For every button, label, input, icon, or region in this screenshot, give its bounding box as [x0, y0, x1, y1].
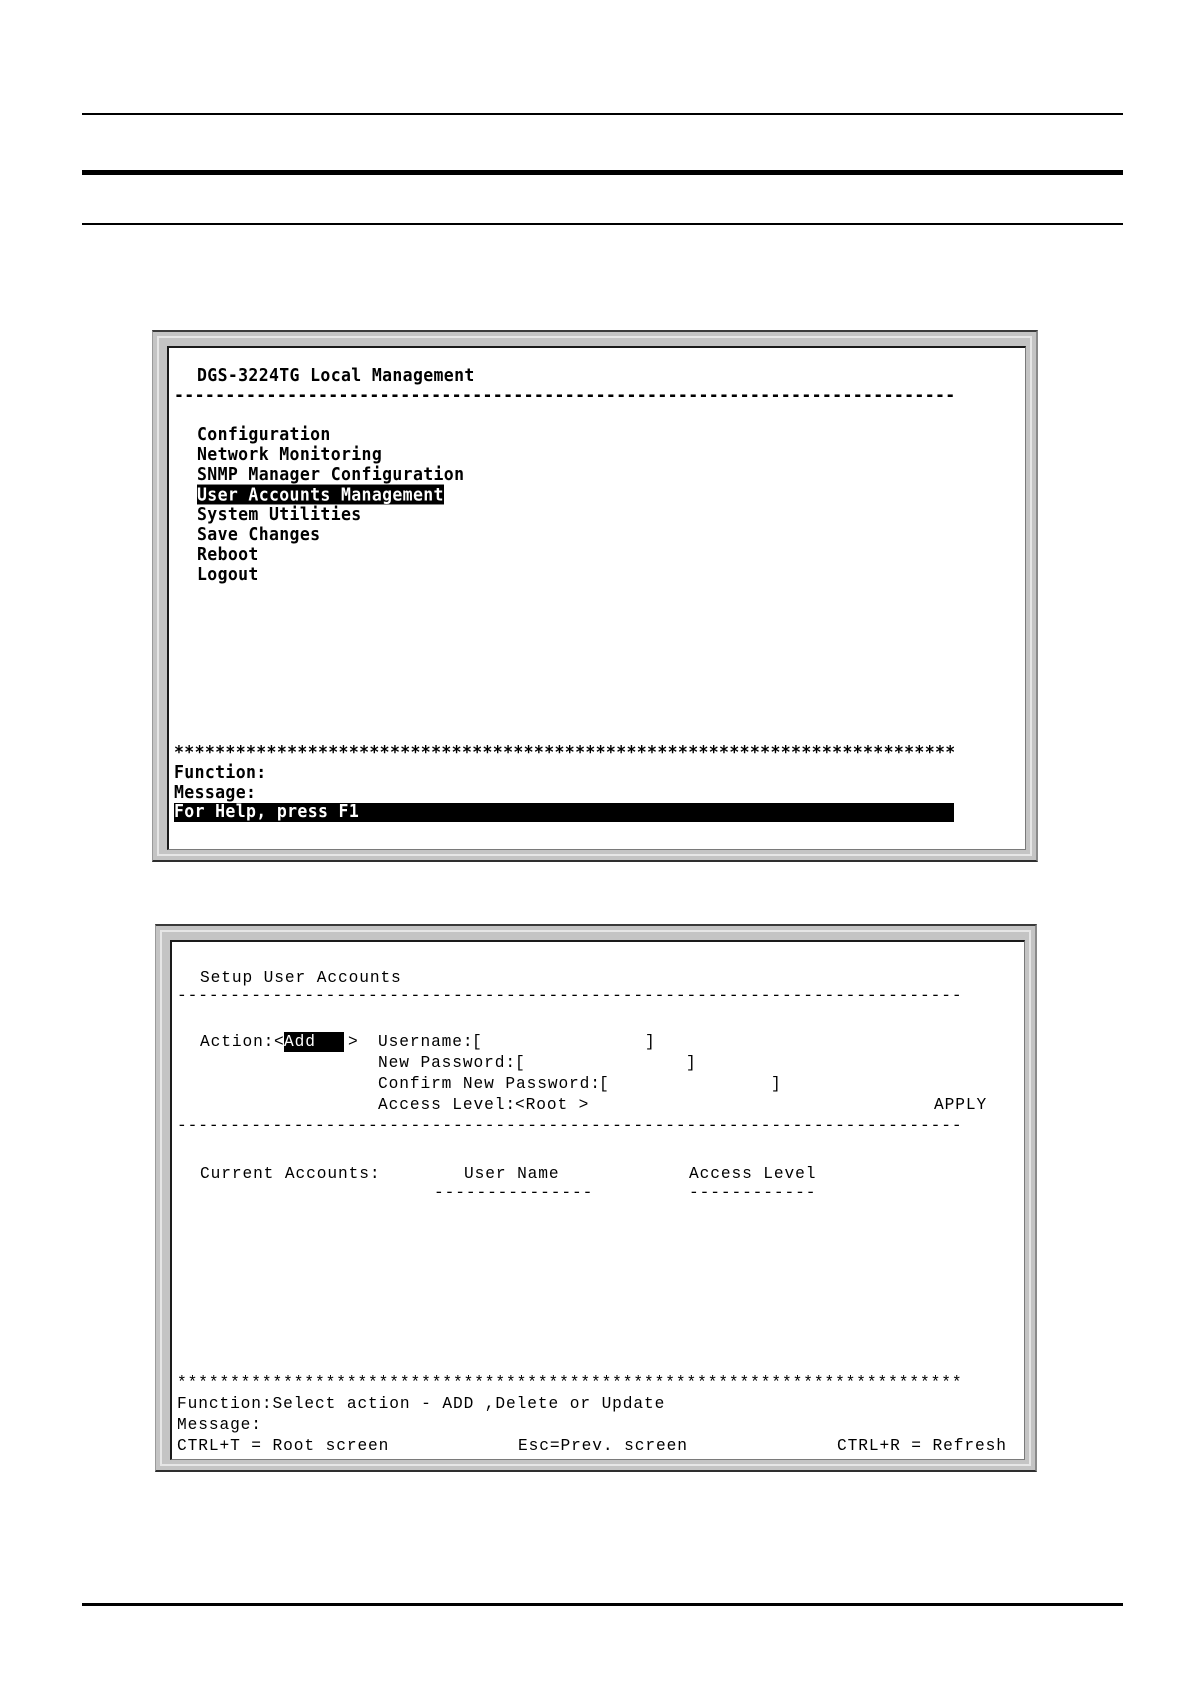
new-password-input[interactable]: [527, 1053, 687, 1073]
confirm-password-label: Confirm New Password:: [378, 1074, 601, 1094]
menu-item-user-accounts-management[interactable]: User Accounts Management: [197, 485, 444, 505]
title-separator: ----------------------------------------…: [174, 386, 954, 407]
menu-item-configuration[interactable]: Configuration: [197, 425, 331, 446]
username-input[interactable]: [484, 1032, 644, 1052]
username-bracket-open: [: [472, 1032, 483, 1052]
help-bar: For Help, press F1: [174, 803, 954, 822]
status-separator: ****************************************…: [177, 1373, 961, 1393]
new-password-label: New Password:: [378, 1053, 516, 1073]
setup-user-accounts-screenshot: Setup User Accounts --------------------…: [155, 924, 1037, 1472]
main-menu-screenshot: DGS-3224TG Local Management ------------…: [152, 330, 1038, 862]
action-select[interactable]: Add: [284, 1032, 344, 1052]
current-accounts-label: Current Accounts:: [200, 1164, 380, 1184]
action-label: Action:: [200, 1032, 274, 1052]
menu-item-reboot[interactable]: Reboot: [197, 545, 259, 566]
menu-item-snmp-manager-configuration[interactable]: SNMP Manager Configuration: [197, 465, 464, 486]
message-label: Message:: [174, 783, 256, 804]
username-label: Username:: [378, 1032, 474, 1052]
column-underline-access-level: ------------: [689, 1183, 816, 1203]
function-label: Function:: [174, 763, 267, 784]
shortcut-refresh[interactable]: CTRL+R = Refresh: [837, 1436, 1007, 1456]
confirm-password-bracket-close: ]: [771, 1074, 782, 1094]
menu-item-save-changes[interactable]: Save Changes: [197, 525, 320, 546]
column-header-user-name: User Name: [464, 1164, 560, 1184]
menu-item-network-monitoring[interactable]: Network Monitoring: [197, 445, 382, 466]
confirm-password-bracket-open: [: [599, 1074, 610, 1094]
terminal-screen-main-menu: DGS-3224TG Local Management ------------…: [167, 346, 1026, 850]
access-level-label: Access Level:: [378, 1095, 516, 1115]
header-rule-top: [82, 113, 1123, 115]
form-separator: ----------------------------------------…: [177, 1116, 961, 1136]
new-password-bracket-open: [: [515, 1053, 526, 1073]
menu-item-system-utilities[interactable]: System Utilities: [197, 505, 362, 526]
apply-button[interactable]: APPLY: [934, 1095, 987, 1115]
screen-title: Setup User Accounts: [200, 968, 402, 988]
status-separator: ****************************************…: [174, 743, 954, 764]
header-rule-thick: [82, 170, 1123, 175]
column-header-access-level: Access Level: [689, 1164, 816, 1184]
confirm-password-input[interactable]: [611, 1074, 771, 1094]
shortcut-prev-screen[interactable]: Esc=Prev. screen: [518, 1436, 688, 1456]
screen-title: DGS-3224TG Local Management: [197, 366, 475, 387]
title-separator: ----------------------------------------…: [177, 986, 961, 1006]
menu-item-logout[interactable]: Logout: [197, 565, 259, 586]
action-close-bracket: >: [348, 1032, 359, 1052]
username-bracket-close: ]: [645, 1032, 656, 1052]
header-rule-bottom: [82, 223, 1123, 225]
function-text: Function:Select action - ADD ,Delete or …: [177, 1394, 665, 1414]
column-underline-user-name: ---------------: [434, 1183, 593, 1203]
help-text: For Help, press F1: [174, 802, 359, 823]
terminal-screen-setup-user-accounts: Setup User Accounts --------------------…: [170, 940, 1025, 1460]
shortcut-root-screen[interactable]: CTRL+T = Root screen: [177, 1436, 389, 1456]
message-label: Message:: [177, 1415, 262, 1435]
new-password-bracket-close: ]: [686, 1053, 697, 1073]
access-level-select[interactable]: <Root >: [515, 1095, 589, 1115]
footer-rule: [82, 1603, 1123, 1606]
